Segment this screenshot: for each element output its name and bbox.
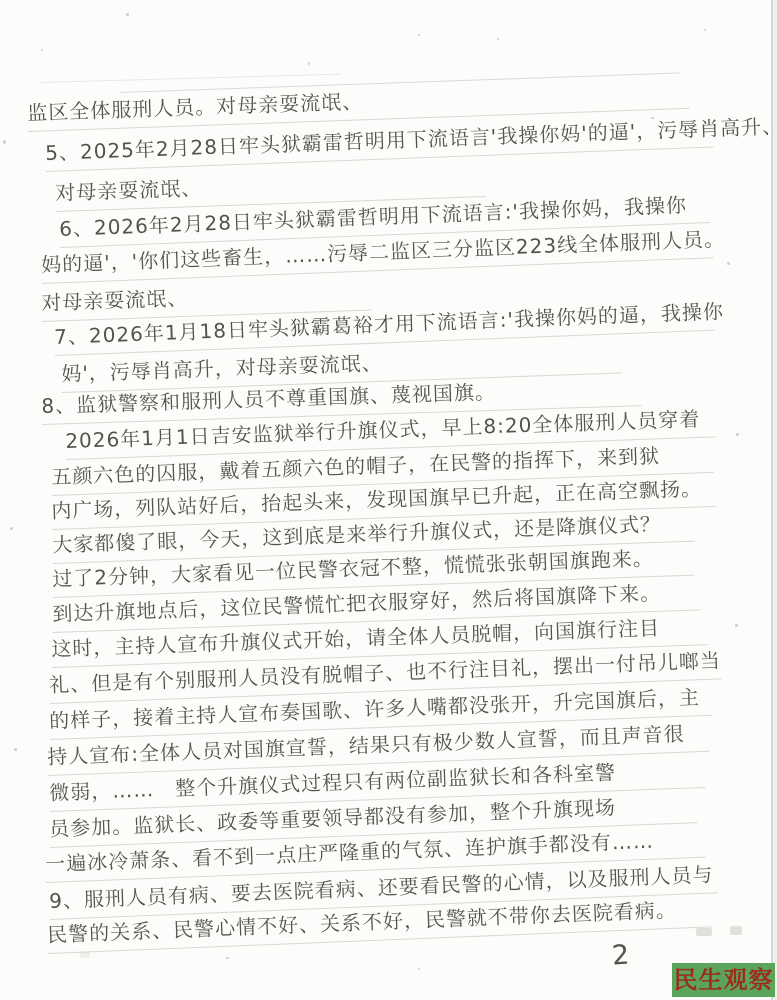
page-number: 2 xyxy=(611,939,630,971)
scan-speckle xyxy=(736,433,739,436)
scan-speckle xyxy=(308,62,310,65)
scan-speckle xyxy=(418,968,420,970)
scan-speckle xyxy=(735,624,738,627)
scan-speckle xyxy=(418,34,420,36)
scan-speckle xyxy=(126,13,129,16)
scan-speckle xyxy=(704,29,706,31)
scan-speckle xyxy=(497,38,499,40)
scan-edge xyxy=(773,0,777,1000)
scan-speckle xyxy=(226,957,229,959)
watermark-minsheng-guancha: 民生观察 xyxy=(672,963,775,997)
scan-speckle xyxy=(41,49,43,51)
scan-speckle xyxy=(727,262,730,265)
ruled-line xyxy=(40,74,340,83)
scan-speckle xyxy=(14,748,17,751)
scan-smudge xyxy=(696,928,712,936)
scan-speckle xyxy=(10,527,13,530)
scan-speckle xyxy=(651,117,654,119)
scan-edge-line xyxy=(771,0,773,1000)
scan-speckle xyxy=(3,140,6,144)
scan-smudge xyxy=(730,926,742,935)
scanned-document-page: 监区全体服刑人员。对母亲耍流氓、5、2025年2月28日牢头狱霸雷哲明用下流语言… xyxy=(0,0,777,1000)
scan-smudge xyxy=(80,952,90,958)
